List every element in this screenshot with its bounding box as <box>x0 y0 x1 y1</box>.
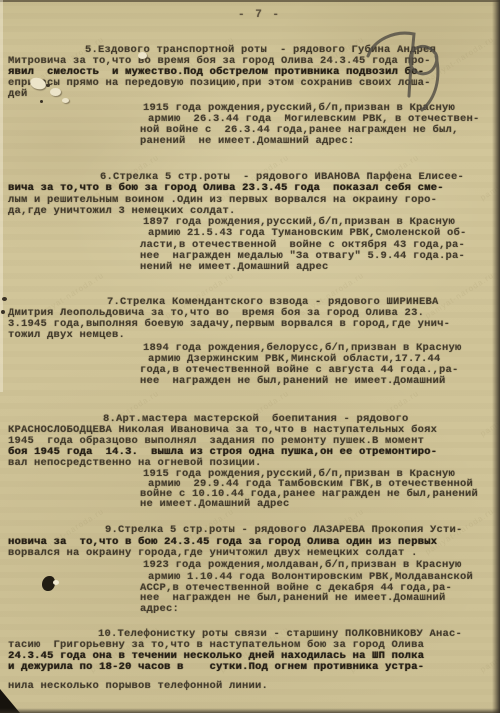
service-line: не имеет.Домашний адрес <box>140 499 290 510</box>
paper-damage-spot <box>50 88 61 96</box>
scan-bottom-edge-shadow <box>0 708 500 713</box>
paper-damage-spot <box>138 52 147 59</box>
citation-line: 9.Стрелка 5 стр.роты - рядового ЛАЗАРЕВА… <box>105 525 463 536</box>
scan-right-edge-shadow <box>492 0 500 713</box>
citation-line: дей <box>8 89 28 100</box>
citation-line: вича за то,что в бою за город Олива 23.3… <box>8 183 444 194</box>
handwritten-page-mark-79 <box>322 16 450 112</box>
ink-speck <box>1 310 5 314</box>
service-line: ранений не имеет.Домашний адрес: <box>140 136 355 147</box>
scan-top-edge <box>0 0 500 2</box>
ink-speck <box>46 84 50 87</box>
scanned-document-page: - 7 - pamyat-naroda.rupamyat-naroda.rupa… <box>0 0 500 713</box>
service-line: нее награжден не был,ранений не имеет.До… <box>140 376 446 387</box>
citation-line: тожил двух немцев. <box>8 330 125 341</box>
ink-speck <box>40 100 43 103</box>
page-number: - 7 - <box>238 9 281 21</box>
service-line: нений не имеет.Домашний адрес <box>140 262 329 273</box>
service-line: нее награжден не был,ранений не имеет.До… <box>140 593 446 604</box>
ink-speck <box>2 297 7 301</box>
citation-line: нила несколько порывов телефонной линии. <box>8 681 268 692</box>
service-line: адрес: <box>140 604 179 615</box>
paper-damage-spot <box>62 98 69 103</box>
scan-left-edge <box>0 0 3 392</box>
citation-line: и дежурила по 18-20 часов в сутки.Под ог… <box>8 662 424 673</box>
citation-line: ворвался на окраину города,где уничтожил… <box>8 548 418 559</box>
service-line: 1923 года рождения,молдаван,б/п,призван … <box>143 560 462 571</box>
service-line: армию 21.5.43 года Тумановским РВК,Смоле… <box>148 228 467 239</box>
ink-blot-highlight <box>53 580 59 585</box>
